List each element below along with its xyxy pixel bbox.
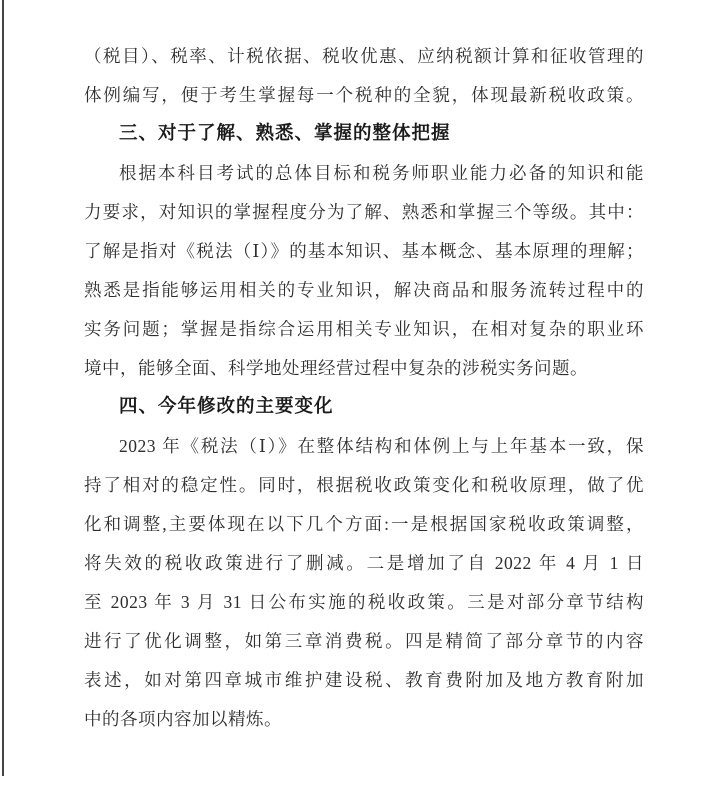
document-page: （税目）、税率、计税依据、税收优惠、应纳税额计算和征收管理的 体例编写，便于考生… [0, 0, 714, 789]
text-line: 熟悉是指能够运用相关的专业知识，解决商品和服务流转过程中的 [84, 271, 644, 310]
text-line: 2023 年《税法（Ⅰ）》在整体结构和体例上与上年基本一致，保 [84, 427, 644, 466]
text-line: 境中，能够全面、科学地处理经营过程中复杂的涉税实务问题。 [84, 349, 644, 388]
text-line: 将失效的税收政策进行了删减。二是增加了自 2022 年 4 月 1 日 [84, 544, 644, 583]
document-content: （税目）、税率、计税依据、税收优惠、应纳税额计算和征收管理的 体例编写，便于考生… [84, 37, 644, 739]
text-line: 至 2023 年 3 月 31 日公布实施的税收政策。三是对部分章节结构 [84, 583, 644, 622]
text-line: 表述，如对第四章城市维护建设税、教育费附加及地方教育附加 [84, 661, 644, 700]
text-line: （税目）、税率、计税依据、税收优惠、应纳税额计算和征收管理的 [84, 37, 644, 76]
text-line: 了解是指对《税法（Ⅰ）》的基本知识、基本概念、基本原理的理解； [84, 232, 644, 271]
text-line: 进行了优化调整，如第三章消费税。四是精简了部分章节的内容 [84, 622, 644, 661]
text-line: 实务问题；掌握是指综合运用相关专业知识，在相对复杂的职业环 [84, 310, 644, 349]
section-4-heading: 四、今年修改的主要变化 [84, 388, 644, 427]
text-line: 持了相对的稳定性。同时，根据税收政策变化和税收原理，做了优 [84, 466, 644, 505]
text-line: 中的各项内容加以精炼。 [84, 700, 644, 739]
text-line: 力要求，对知识的掌握程度分为了解、熟悉和掌握三个等级。其中： [84, 193, 644, 232]
page-left-edge-line [2, 0, 4, 776]
text-line: 化和调整,主要体现在以下几个方面:一是根据国家税收政策调整， [84, 505, 644, 544]
text-line: 根据本科目考试的总体目标和税务师职业能力必备的知识和能 [84, 154, 644, 193]
section-3-heading: 三、对于了解、熟悉、掌握的整体把握 [84, 115, 644, 154]
text-line: 体例编写，便于考生掌握每一个税种的全貌，体现最新税收政策。 [84, 76, 644, 115]
